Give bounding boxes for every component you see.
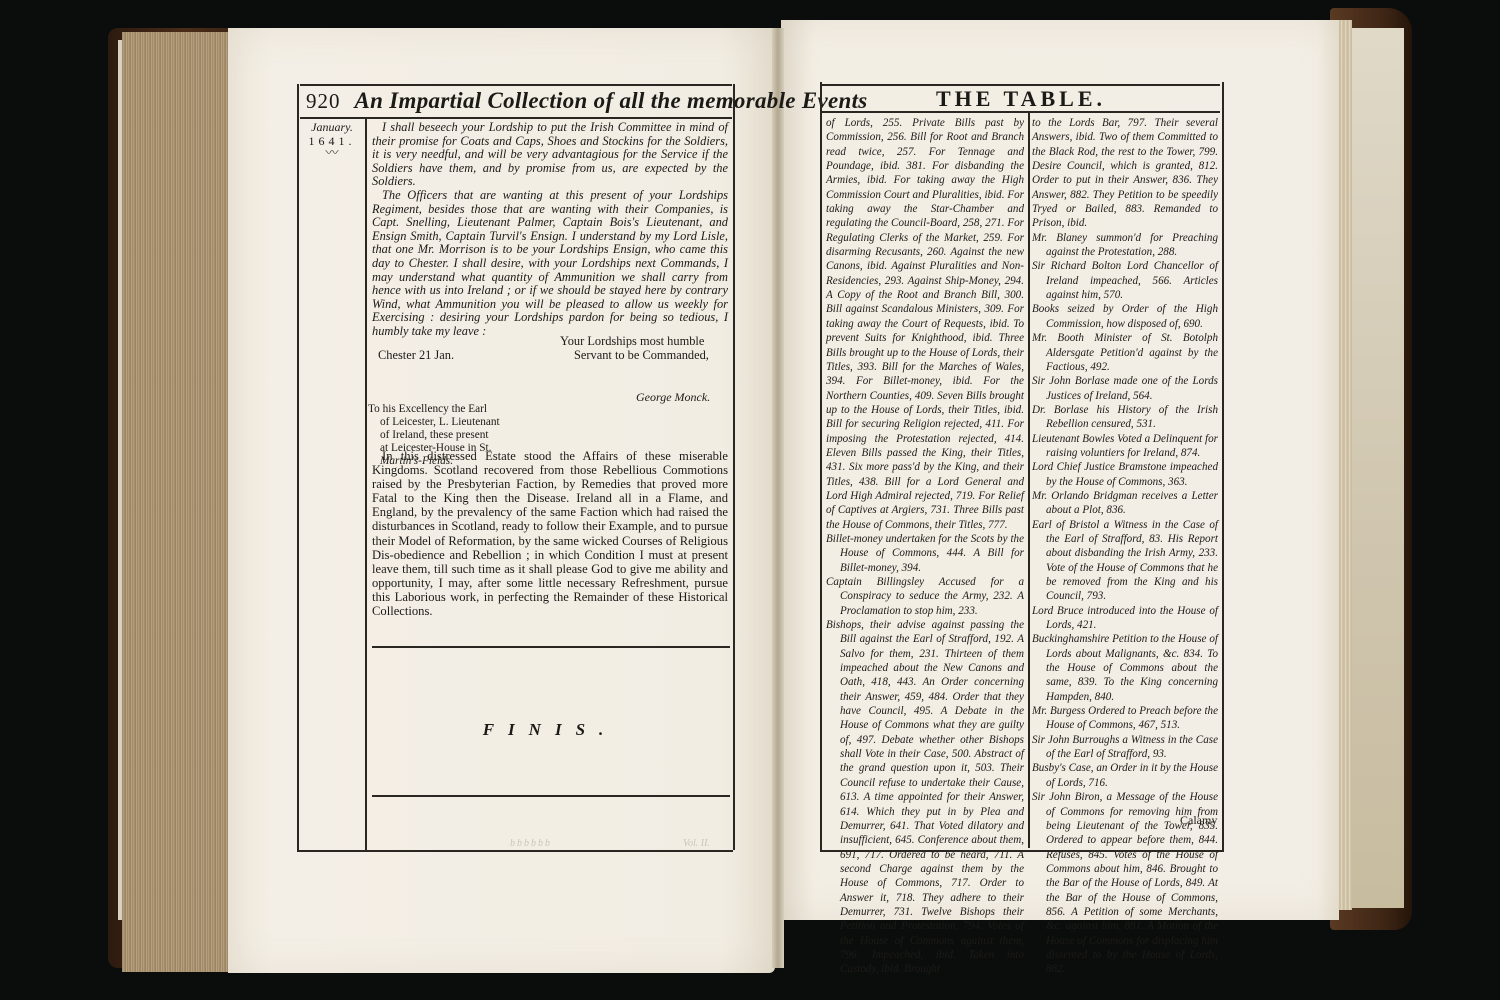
index-entry: Lieutenant Bowles Voted a Delinquent for… — [1032, 432, 1218, 461]
index-entry: Bishops, their advise against passing th… — [826, 618, 1024, 977]
index-entry: Books seized by Order of the High Commis… — [1032, 302, 1218, 331]
flourish-ornament-icon: 〰 — [301, 148, 363, 158]
closing-paragraph: In this distressed Estate stood the Affa… — [372, 449, 728, 618]
finis-lower-rule — [372, 795, 730, 797]
index-entry: Mr. Orlando Bridgman receives a Letter a… — [1032, 489, 1218, 518]
finis-mark: FINIS. — [372, 720, 728, 740]
column-divider — [1028, 113, 1030, 848]
valediction-line-2: Servant to be Commanded, — [574, 348, 709, 362]
index-entry: Dr. Borlase his History of the Irish Reb… — [1032, 403, 1218, 432]
place-date: Chester 21 Jan. — [378, 348, 454, 362]
index-entry: to the Lords Bar, 797. Their several Ans… — [1032, 116, 1218, 231]
right-head-rule — [822, 111, 1220, 113]
address-line: of Ireland, these present — [368, 429, 508, 442]
letter-paragraph: The Officers that are wanting at this pr… — [372, 189, 728, 339]
index-entry: Sir John Burroughs a Witness in the Case… — [1032, 733, 1218, 762]
running-title: An Impartial Collection of all the memor… — [355, 88, 868, 114]
address-line: of Leicester, L. Lieutenant — [368, 416, 508, 429]
index-entry: Mr. Blaney summon'd for Preaching agains… — [1032, 231, 1218, 260]
show-through-signature: bbbbbb — [510, 838, 552, 849]
page-block-edge-left — [122, 32, 237, 972]
margin-month: January. — [301, 120, 363, 134]
closing-paragraph-text: In this distressed Estate stood the Affa… — [372, 449, 728, 618]
index-entry: Earl of Bristol a Witness in the Case of… — [1032, 518, 1218, 604]
margin-date: January. 1641. 〰 — [301, 120, 363, 158]
right-bottom-rule — [822, 850, 1222, 852]
signature: George Monck. — [636, 390, 710, 404]
left-bottom-rule — [297, 850, 733, 852]
index-entry: Sir John Borlase made one of the Lords J… — [1032, 374, 1218, 403]
table-title: THE TABLE. — [822, 86, 1220, 112]
running-head: 920 An Impartial Collection of all the m… — [306, 88, 730, 114]
index-entry: Mr. Burgess Ordered to Preach before the… — [1032, 704, 1218, 733]
book-gutter — [772, 28, 784, 968]
index-entry: Sir Richard Bolton Lord Chancellor of Ir… — [1032, 259, 1218, 302]
letter-body: I shall beseech your Lordship to put the… — [372, 121, 728, 339]
index-entry: Mr. Booth Minister of St. Botolph Alders… — [1032, 331, 1218, 374]
endpaper-right — [1352, 28, 1404, 908]
left-margin-rule — [365, 119, 367, 850]
address-line: To his Excellency the Earl — [368, 403, 508, 416]
page-number: 920 — [306, 89, 341, 114]
index-column-2: to the Lords Bar, 797. Their several Ans… — [1032, 116, 1218, 977]
index-entry: Captain Billingsley Accused for a Conspi… — [826, 575, 1024, 618]
index-column-1: of Lords, 255. Private Bills past by Com… — [826, 116, 1024, 977]
show-through-volume: Vol. II. — [683, 838, 710, 849]
index-entry: Lord Chief Justice Bramstone impeached b… — [1032, 460, 1218, 489]
index-entry: Buckinghamshire Petition to the House of… — [1032, 632, 1218, 704]
left-top-rule — [300, 84, 732, 86]
letter-paragraph: I shall beseech your Lordship to put the… — [372, 121, 728, 189]
finis-upper-rule — [372, 646, 730, 648]
index-entry: Billet-money undertaken for the Scots by… — [826, 532, 1024, 575]
catchword: Calamy — [1180, 813, 1217, 828]
index-entry: Lord Bruce introduced into the House of … — [1032, 604, 1218, 633]
valediction-line-1: Your Lordships most humble — [560, 334, 704, 348]
index-entry: of Lords, 255. Private Bills past by Com… — [826, 116, 1024, 532]
index-entry: Busby's Case, an Order in it by the Hous… — [1032, 761, 1218, 790]
